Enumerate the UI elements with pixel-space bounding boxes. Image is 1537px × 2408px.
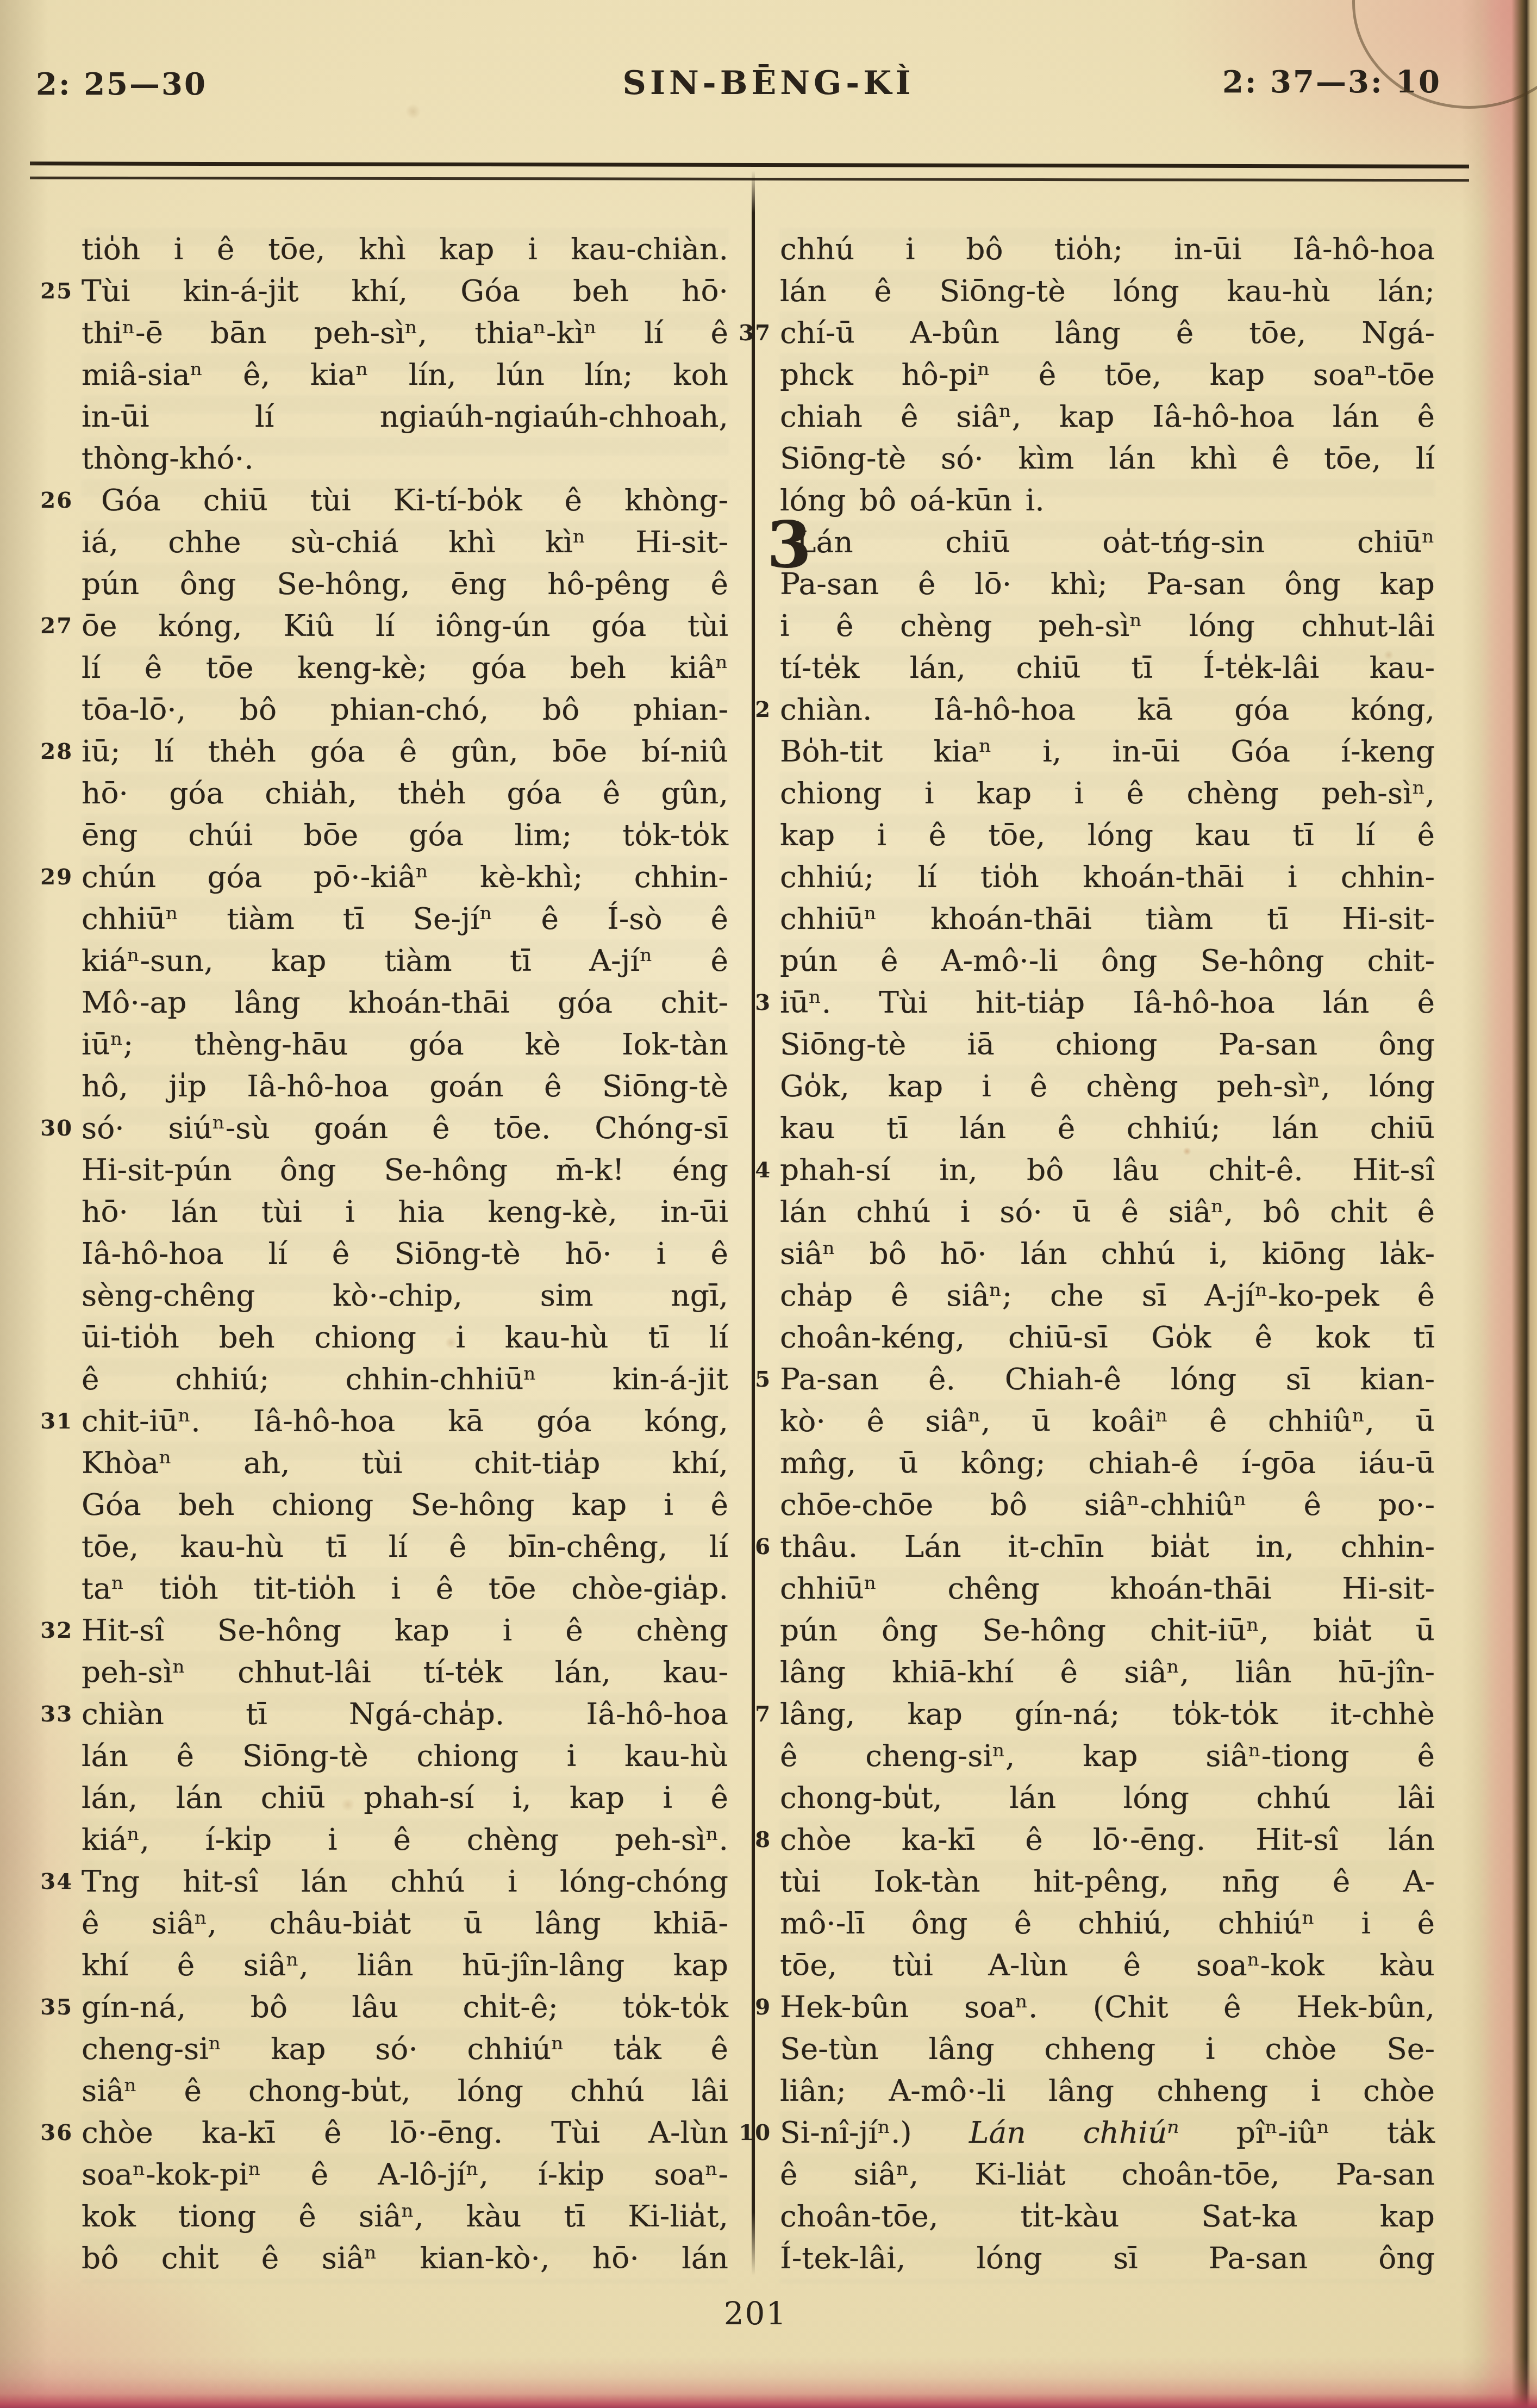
text-line: iūⁿ; thèng-hāu góa kè Iok-tàn — [82, 1024, 728, 1065]
text-line: peh-sìⁿ chhut-lâi tí-te̍k lán, kau- — [82, 1651, 728, 1693]
text-run: hō· lán tùi i hia keng-kè, in-ūi — [82, 1194, 728, 1229]
text-run: lán ê Siōng-tè lóng kau-hù lán; — [780, 273, 1435, 308]
text-line: tōe, kau-hù tī lí ê bīn-chêng, lí — [82, 1526, 728, 1568]
text-line: 28iū; lí the̍h góa ê gûn, bōe bí-niû — [82, 731, 728, 772]
text-run: peh-sìⁿ chhut-lâi tí-te̍k lán, kau- — [82, 1655, 728, 1689]
text-line: sèng-chêng kò·-chip, sim ngī, — [82, 1275, 728, 1317]
text-line: 29chún góa pō·-kiâⁿ kè-khì; chhin- — [82, 856, 728, 898]
text-line: tí-te̍k lán, chiū tī Í-te̍k-lâi kau- — [780, 647, 1435, 689]
text-run: pún ông Se-hông, ēng hô-pêng ê — [82, 566, 728, 601]
text-line: ê chhiú; chhin-chhiūⁿ kin-á-jit — [82, 1358, 728, 1400]
verse-number: 2 — [755, 691, 771, 729]
text-run: Pa-san ê. Chiah-ê lóng sī kian- — [780, 1362, 1435, 1396]
text-line: 37chí-ū A-bûn lâng ê tōe, Ngá- — [780, 312, 1435, 354]
text-run: bô chi̍t ê siâⁿ kian-kò·, hō· lán — [82, 2241, 728, 2275]
text-line: Góa beh chiong Se-hông kap i ê — [82, 1484, 728, 1526]
text-run: lán chhú i só· ū ê siâⁿ, bô chi̍t ê — [780, 1194, 1435, 1229]
text-run: Í-tek-lâi, lóng sī Pa-san ông — [780, 2241, 1435, 2275]
text-line: chiong i kap i ê chèng peh-sìⁿ, — [780, 772, 1435, 814]
text-line: 10Si-nî-jíⁿ.) Lán chhiúⁿ pîⁿ-iûⁿ ta̍k — [780, 2112, 1435, 2154]
text-run: chiah ê siâⁿ, kap Iâ-hô-hoa lán ê — [780, 399, 1435, 434]
text-run: pún ông Se-hông chit-iūⁿ, bia̍t ū — [780, 1613, 1435, 1648]
text-run: lâng, kap gín-ná; to̍k-to̍k it-chhè — [780, 1696, 1435, 1731]
text-line: cheng-siⁿ kap só· chhiúⁿ ta̍k ê — [82, 2028, 728, 2070]
text-run: phck hô-piⁿ ê tōe, kap soaⁿ-tōe — [780, 357, 1435, 392]
text-run: ê cheng-siⁿ, kap siâⁿ-tiong ê — [780, 1738, 1435, 1773]
text-run: Khòaⁿ ah, tùi chit-tia̍p khí, — [82, 1445, 728, 1480]
text-line: chiah ê siâⁿ, kap Iâ-hô-hoa lán ê — [780, 396, 1435, 438]
text-line: 25Tùi kin-á-ji̍t khí, Góa beh hō· — [82, 270, 728, 312]
text-run: Bo̍h-tit kiaⁿ i, in-ūi Góa í-keng — [780, 734, 1435, 769]
verse-number: 5 — [755, 1361, 771, 1399]
text-run: iá, chhe sù-chiá khì kìⁿ Hi-sit- — [82, 525, 728, 559]
text-run: soaⁿ-kok-piⁿ ê A-lô-jíⁿ, í-ki̍p soaⁿ- — [82, 2157, 728, 2192]
page-edge-bottom-stain — [0, 2356, 1537, 2408]
text-run: lán, lán chiū phah-sí i, kap i ê — [82, 1780, 728, 1815]
text-line: tōe, tùi A-lùn ê soaⁿ-kok kàu — [780, 1944, 1435, 1986]
text-line: lí ê tōe keng-kè; góa beh kiâⁿ — [82, 647, 728, 689]
text-line: i ê chèng peh-sìⁿ lóng chhut-lâi — [780, 605, 1435, 647]
text-run: chún góa pō·-kiâⁿ kè-khì; chhin- — [82, 859, 728, 894]
text-run: tōe, kau-hù tī lí ê bīn-chêng, lí — [82, 1529, 728, 1564]
text-run: chiong i kap i ê chèng peh-sìⁿ, — [780, 776, 1435, 810]
text-run: kok tiong ê siâⁿ, kàu tī Ki-lia̍t, — [82, 2199, 728, 2234]
page-edge-left-shading — [0, 0, 49, 2408]
text-line: Bo̍h-tit kiaⁿ i, in-ūi Góa í-keng — [780, 731, 1435, 772]
text-run: tùi Iok-tàn hit-pêng, nn̄g ê A- — [780, 1864, 1435, 1899]
text-line: miâ-siaⁿ ê, kiaⁿ lín, lún lín; koh — [82, 354, 728, 396]
text-run: kap i ê tōe, lóng kau tī lí ê — [780, 818, 1435, 852]
text-run: pîⁿ-iûⁿ ta̍k — [1179, 2115, 1435, 2150]
verse-number: 8 — [755, 1821, 771, 1859]
text-run: Tùi kin-á-ji̍t khí, Góa beh hō· — [82, 273, 728, 308]
text-run: Se-tùn lâng chheng i chòe Se- — [780, 2031, 1435, 2066]
text-line: chōe-chōe bô siâⁿ-chhiûⁿ ê po·- — [780, 1484, 1435, 1526]
text-run: Góa beh chiong Se-hông kap i ê — [82, 1487, 728, 1522]
text-line: choân-tōe, ti̍t-kàu Sat-ka kap — [780, 2195, 1435, 2237]
text-line: ēng chúi bōe góa lim; to̍k-to̍k — [82, 814, 728, 856]
text-line: 3Lán chiū oa̍t-tńg-sin chiūⁿ — [780, 521, 1435, 563]
book-page-scan: 2: 25—30 SIN-BĒNG-KÌ 2: 37—3: 10 tio̍h i… — [0, 0, 1537, 2408]
text-line: lán ê Siōng-tè lóng kau-hù lán; — [780, 270, 1435, 312]
text-run: kò· ê siâⁿ, ū koâiⁿ ê chhiûⁿ, ū — [780, 1403, 1435, 1438]
text-run: iū; lí the̍h góa ê gûn, bōe bí-niû — [82, 734, 728, 769]
text-run: cheng-siⁿ kap só· chhiúⁿ ta̍k ê — [82, 2031, 728, 2066]
page-title: SIN-BĒNG-KÌ — [623, 64, 915, 102]
text-line: Go̍k, kap i ê chèng peh-sìⁿ, lóng — [780, 1065, 1435, 1107]
text-line: 26Góa chiū tùi Ki-tí-bo̍k ê khòng- — [82, 479, 728, 521]
text-line: lán chhú i só· ū ê siâⁿ, bô chi̍t ê — [780, 1191, 1435, 1233]
text-run: chiàn. Iâ-hô-hoa kā góa kóng, — [780, 692, 1435, 727]
text-line: choân-kéng, chiū-sī Go̍k ê kok tī — [780, 1317, 1435, 1358]
text-run: Go̍k, kap i ê chèng peh-sìⁿ, lóng — [780, 1069, 1435, 1103]
text-line: in-ūi lí ngiaúh-ngiaúh-chhoah, — [82, 396, 728, 438]
text-line: taⁿ tio̍h tit-tio̍h i ê tōe chòe-gia̍p. — [82, 1568, 728, 1610]
text-run: taⁿ tio̍h tit-tio̍h i ê tōe chòe-gia̍p. — [82, 1571, 728, 1606]
text-line: 35gín-ná, bô lâu chi̍t-ê; to̍k-to̍k — [82, 1986, 728, 2028]
text-run: ê chhiú; chhin-chhiūⁿ kin-á-jit — [82, 1362, 728, 1396]
column-left: tio̍h i ê tōe, khì kap i kau-chiàn.25Tùi… — [82, 228, 728, 2279]
text-line: chhú i bô tio̍h; in-ūi Iâ-hô-hoa — [780, 228, 1435, 270]
text-line: hō· lán tùi i hia keng-kè, in-ūi — [82, 1191, 728, 1233]
text-run: ê siâⁿ, châu-bia̍t ū lâng khiā- — [82, 1906, 728, 1941]
text-line: 8chòe ka-kī ê lō·-ēng. Hit-sî lán — [780, 1819, 1435, 1861]
text-run: chong-bu̍t, lán lóng chhú lâi — [780, 1780, 1435, 1815]
text-run: Siōng-tè iā chiong Pa-san ông — [780, 1027, 1435, 1062]
text-run: Si-nî-jíⁿ.) — [780, 2115, 969, 2150]
text-line: 2chiàn. Iâ-hô-hoa kā góa kóng, — [780, 689, 1435, 731]
text-line: 4phah-sí in, bô lâu chi̍t-ê. Hit-sî — [780, 1149, 1435, 1191]
text-run: kiáⁿ, í-ki̍p i ê chèng peh-sìⁿ. — [82, 1822, 728, 1857]
text-run: Lán chiū oa̍t-tńg-sin chiūⁿ — [796, 525, 1435, 559]
text-run: mn̂g, ū kông; chiah-ê í-gōa iáu-ū — [780, 1445, 1435, 1480]
text-line: mn̂g, ū kông; chiah-ê í-gōa iáu-ū — [780, 1442, 1435, 1484]
text-run: pún ê A-mô·-li ông Se-hông chit- — [780, 943, 1435, 978]
text-run: Pa-san ê lō· khì; Pa-san ông kap — [780, 566, 1435, 601]
text-line: 3iūⁿ. Tùi hit-tia̍p Iâ-hô-hoa lán ê — [780, 982, 1435, 1024]
text-line: Siōng-tè iā chiong Pa-san ông — [780, 1024, 1435, 1065]
verse-number: 7 — [755, 1695, 771, 1733]
text-line: hô, ji̍p Iâ-hô-hoa goán ê Siōng-tè — [82, 1065, 728, 1107]
text-line: 7lâng, kap gín-ná; to̍k-to̍k it-chhè — [780, 1693, 1435, 1735]
text-run: tōe, tùi A-lùn ê soaⁿ-kok kàu — [780, 1948, 1435, 1982]
text-run: iūⁿ. Tùi hit-tia̍p Iâ-hô-hoa lán ê — [780, 985, 1435, 1020]
text-line: Khòaⁿ ah, tùi chit-tia̍p khí, — [82, 1442, 728, 1484]
verse-number: 6 — [755, 1528, 771, 1566]
text-run: chōe-chōe bô siâⁿ-chhiûⁿ ê po·- — [780, 1487, 1435, 1522]
text-line: 33chiàn tī Ngá-cha̍p. Iâ-hô-hoa — [82, 1693, 728, 1735]
text-run: Siōng-tè só· kìm lán khì ê tōe, lí — [780, 441, 1435, 476]
text-line: ê siâⁿ, Ki-lia̍t choân-tōe, Pa-san — [780, 2154, 1435, 2195]
text-line: siâⁿ ê chong-bu̍t, lóng chhú lâi — [82, 2070, 728, 2112]
text-run: chhiūⁿ tiàm tī Se-jíⁿ ê Í-sò ê — [82, 901, 728, 936]
text-run: chiàn tī Ngá-cha̍p. Iâ-hô-hoa — [82, 1696, 728, 1731]
text-run: ōe kóng, Kiû lí iông-ún góa tùi — [82, 608, 728, 643]
text-run: chòe ka-kī ê lō·-ēng. Tùi A-lùn — [82, 2115, 728, 2150]
text-line: pún ê A-mô·-li ông Se-hông chit- — [780, 940, 1435, 982]
text-line: 34Tng hit-sî lán chhú i lóng-chóng — [82, 1861, 728, 1902]
text-run: Iâ-hô-hoa lí ê Siōng-tè hō· i ê — [82, 1236, 728, 1271]
verse-number: 9 — [755, 1988, 771, 2026]
text-line: tùi Iok-tàn hit-pêng, nn̄g ê A- — [780, 1861, 1435, 1902]
verse-number: 3 — [755, 984, 771, 1022]
text-run: ê siâⁿ, Ki-lia̍t choân-tōe, Pa-san — [780, 2157, 1435, 2192]
page-edge-right-stain — [1462, 0, 1537, 2408]
text-run: Mô·-ap lâng khoán-thāi góa chit- — [82, 985, 728, 1020]
text-line: Pa-san ê lō· khì; Pa-san ông kap — [780, 563, 1435, 605]
text-run: ēng chúi bōe góa lim; to̍k-to̍k — [82, 818, 728, 852]
text-line: iá, chhe sù-chiá khì kìⁿ Hi-sit- — [82, 521, 728, 563]
text-line: soaⁿ-kok-piⁿ ê A-lô-jíⁿ, í-ki̍p soaⁿ- — [82, 2154, 728, 2195]
text-run: chhiūⁿ chêng khoán-thāi Hi-sit- — [780, 1571, 1435, 1606]
text-line: Í-tek-lâi, lóng sī Pa-san ông — [780, 2237, 1435, 2279]
text-run: thâu. Lán it-chīn bia̍t in, chhin- — [780, 1529, 1435, 1564]
text-line: chhiūⁿ khoán-thāi tiàm tī Hi-sit- — [780, 898, 1435, 940]
text-run: kiáⁿ-sun, kap tiàm tī A-jíⁿ ê — [82, 943, 728, 978]
text-run: siâⁿ bô hō· lán chhú i, kiōng la̍k- — [780, 1236, 1435, 1271]
verse-number: 37 — [739, 314, 771, 352]
column-divider-rule — [752, 171, 755, 2275]
text-line: ê siâⁿ, châu-bia̍t ū lâng khiā- — [82, 1902, 728, 1944]
text-run: tí-te̍k lán, chiū tī Í-te̍k-lâi kau- — [780, 650, 1435, 685]
text-run: cha̍p ê siâⁿ; che sī A-jíⁿ-ko-pek ê — [780, 1278, 1435, 1313]
text-run: hô, ji̍p Iâ-hô-hoa goán ê Siōng-tè — [82, 1069, 728, 1103]
text-line: Mô·-ap lâng khoán-thāi góa chit- — [82, 982, 728, 1024]
text-line: Se-tùn lâng chheng i chòe Se- — [780, 2028, 1435, 2070]
text-run: tōa-lō·, bô phian-chó, bô phian- — [82, 692, 728, 727]
text-line: liân; A-mô·-li lâng chheng i chòe — [780, 2070, 1435, 2112]
text-line: chhiú; lí tio̍h khoán-thāi i chhin- — [780, 856, 1435, 898]
text-line: phck hô-piⁿ ê tōe, kap soaⁿ-tōe — [780, 354, 1435, 396]
text-line: kau tī lán ê chhiú; lán chiū — [780, 1107, 1435, 1149]
text-line: 32Hit-sî Se-hông kap i ê chèng — [82, 1610, 728, 1651]
text-line: hō· góa chia̍h, the̍h góa ê gûn, — [82, 772, 728, 814]
text-line: tōa-lō·, bô phian-chó, bô phian- — [82, 689, 728, 731]
text-line: pún ông Se-hông chit-iūⁿ, bia̍t ū — [780, 1610, 1435, 1651]
text-line: khí ê siâⁿ, liân hū-jîn-lâng kap — [82, 1944, 728, 1986]
text-line: Iâ-hô-hoa lí ê Siōng-tè hō· i ê — [82, 1233, 728, 1275]
text-run: lóng bô oá-kūn i. — [780, 483, 1045, 517]
text-line: 6thâu. Lán it-chīn bia̍t in, chhin- — [780, 1526, 1435, 1568]
text-line: tio̍h i ê tōe, khì kap i kau-chiàn. — [82, 228, 728, 270]
text-run: lâng khiā-khí ê siâⁿ, liân hū-jîn- — [780, 1655, 1435, 1689]
text-run: choân-tōe, ti̍t-kàu Sat-ka kap — [780, 2199, 1435, 2234]
header-verse-range-left: 2: 25—30 — [36, 66, 207, 102]
text-line: cha̍p ê siâⁿ; che sī A-jíⁿ-ko-pek ê — [780, 1275, 1435, 1317]
text-run: lí ê tōe keng-kè; góa beh kiâⁿ — [82, 650, 728, 685]
text-line: kò· ê siâⁿ, ū koâiⁿ ê chhiûⁿ, ū — [780, 1400, 1435, 1442]
text-line: chong-bu̍t, lán lóng chhú lâi — [780, 1777, 1435, 1819]
text-run: thòng-khó·. — [82, 441, 254, 476]
text-run: hō· góa chia̍h, the̍h góa ê gûn, — [82, 776, 728, 810]
text-line: kiáⁿ-sun, kap tiàm tī A-jíⁿ ê — [82, 940, 728, 982]
text-line: lán ê Siōng-tè chiong i kau-hù — [82, 1735, 728, 1777]
text-run: só· siúⁿ-sù goán ê tōe. Chóng-sī — [82, 1111, 728, 1145]
text-run: choân-kéng, chiū-sī Go̍k ê kok tī — [780, 1320, 1435, 1355]
verse-number: 4 — [755, 1151, 771, 1189]
text-line: 30só· siúⁿ-sù goán ê tōe. Chóng-sī — [82, 1107, 728, 1149]
text-run: ūi-tio̍h beh chiong i kau-hù tī lí — [82, 1320, 728, 1355]
text-run: chí-ū A-bûn lâng ê tōe, Ngá- — [780, 315, 1435, 350]
text-line: 36chòe ka-kī ê lō·-ēng. Tùi A-lùn — [82, 2112, 728, 2154]
header-rule-top — [30, 161, 1469, 169]
text-run: kau tī lán ê chhiú; lán chiū — [780, 1111, 1435, 1145]
page-number: 201 — [724, 2295, 788, 2332]
text-line: kok tiong ê siâⁿ, kàu tī Ki-lia̍t, — [82, 2195, 728, 2237]
text-run: siâⁿ ê chong-bu̍t, lóng chhú lâi — [82, 2073, 728, 2108]
text-line: mô·-lī ông ê chhiú, chhiúⁿ i ê — [780, 1902, 1435, 1944]
text-run: thiⁿ-ē bān peh-sìⁿ, thiaⁿ-kìⁿ lí ê — [82, 315, 728, 350]
text-run: Hi-sit-pún ông Se-hông m̄-k! éng — [82, 1152, 728, 1187]
text-line: Hi-sit-pún ông Se-hông m̄-k! éng — [82, 1149, 728, 1191]
text-run: Tng hit-sî lán chhú i lóng-chóng — [82, 1864, 728, 1899]
text-run: i ê chèng peh-sìⁿ lóng chhut-lâi — [780, 608, 1435, 643]
header-rule-bottom — [30, 177, 1469, 182]
text-run: phah-sí in, bô lâu chi̍t-ê. Hit-sî — [780, 1152, 1435, 1187]
text-line: siâⁿ bô hō· lán chhú i, kiōng la̍k- — [780, 1233, 1435, 1275]
text-run: iūⁿ; thèng-hāu góa kè Iok-tàn — [82, 1027, 728, 1062]
text-run: chòe ka-kī ê lō·-ēng. Hit-sî lán — [780, 1822, 1435, 1857]
text-run: miâ-siaⁿ ê, kiaⁿ lín, lún lín; koh — [82, 357, 728, 392]
text-run: sèng-chêng kò·-chip, sim ngī, — [82, 1278, 728, 1313]
text-run: chhiūⁿ khoán-thāi tiàm tī Hi-sit- — [780, 901, 1435, 936]
text-run: Lán chhiúⁿ — [969, 2115, 1179, 2150]
text-line: pún ông Se-hông, ēng hô-pêng ê — [82, 563, 728, 605]
text-run: khí ê siâⁿ, liân hū-jîn-lâng kap — [82, 1948, 728, 1982]
text-run: chit-iūⁿ. Iâ-hô-hoa kā góa kóng, — [82, 1403, 728, 1438]
text-run: Hek-bûn soaⁿ. (Chit ê Hek-bûn, — [780, 1989, 1435, 2024]
text-line: chhiūⁿ tiàm tī Se-jíⁿ ê Í-sò ê — [82, 898, 728, 940]
text-line: ūi-tio̍h beh chiong i kau-hù tī lí — [82, 1317, 728, 1358]
text-line: ê cheng-siⁿ, kap siâⁿ-tiong ê — [780, 1735, 1435, 1777]
column-right: chhú i bô tio̍h; in-ūi Iâ-hô-hoalán ê Si… — [780, 228, 1435, 2279]
text-line: bô chi̍t ê siâⁿ kian-kò·, hō· lán — [82, 2237, 728, 2279]
text-run: Góa chiū tùi Ki-tí-bo̍k ê khòng- — [101, 483, 728, 517]
text-line: lóng bô oá-kūn i. — [780, 479, 1435, 521]
text-run: in-ūi lí ngiaúh-ngiaúh-chhoah, — [82, 399, 728, 434]
text-line: 9Hek-bûn soaⁿ. (Chit ê Hek-bûn, — [780, 1986, 1435, 2028]
verse-number: 10 — [739, 2114, 771, 2152]
text-line: kiáⁿ, í-ki̍p i ê chèng peh-sìⁿ. — [82, 1819, 728, 1861]
text-line: 27ōe kóng, Kiû lí iông-ún góa tùi — [82, 605, 728, 647]
text-run: chhú i bô tio̍h; in-ūi Iâ-hô-hoa — [780, 232, 1435, 266]
text-line: kap i ê tōe, lóng kau tī lí ê — [780, 814, 1435, 856]
text-run: lán ê Siōng-tè chiong i kau-hù — [82, 1738, 728, 1773]
text-line: Siōng-tè só· kìm lán khì ê tōe, lí — [780, 438, 1435, 479]
text-run: chhiú; lí tio̍h khoán-thāi i chhin- — [780, 859, 1435, 894]
text-run: Hit-sî Se-hông kap i ê chèng — [82, 1613, 728, 1648]
text-line: 5Pa-san ê. Chiah-ê lóng sī kian- — [780, 1358, 1435, 1400]
text-run: tio̍h i ê tōe, khì kap i kau-chiàn. — [82, 232, 728, 266]
text-run: mô·-lī ông ê chhiú, chhiúⁿ i ê — [780, 1906, 1435, 1941]
text-line: chhiūⁿ chêng khoán-thāi Hi-sit- — [780, 1568, 1435, 1610]
text-line: lâng khiā-khí ê siâⁿ, liân hū-jîn- — [780, 1651, 1435, 1693]
text-line: 31chit-iūⁿ. Iâ-hô-hoa kā góa kóng, — [82, 1400, 728, 1442]
text-line: thòng-khó·. — [82, 438, 728, 479]
text-line: thiⁿ-ē bān peh-sìⁿ, thiaⁿ-kìⁿ lí ê — [82, 312, 728, 354]
text-run: gín-ná, bô lâu chi̍t-ê; to̍k-to̍k — [82, 1989, 728, 2024]
text-run: liân; A-mô·-li lâng chheng i chòe — [780, 2073, 1435, 2108]
text-line: lán, lán chiū phah-sí i, kap i ê — [82, 1777, 728, 1819]
